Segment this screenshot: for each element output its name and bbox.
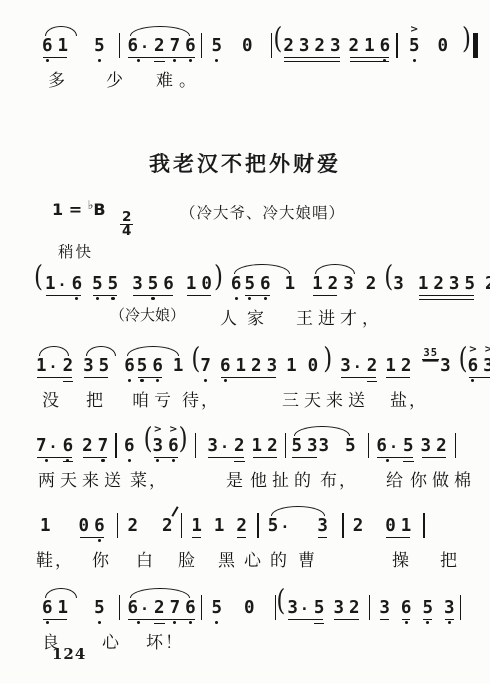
lyric-syllable: 鞋， <box>36 546 74 571</box>
note-digit: 3 <box>317 517 328 536</box>
note-digit: 2 <box>314 37 325 56</box>
note-cell: 3 <box>343 262 354 303</box>
digit-row: 1 <box>312 275 323 294</box>
note-cell: 2 <box>314 24 325 65</box>
lyric-syllable: 王进才， <box>296 304 384 329</box>
note-digit: 3 <box>340 357 351 376</box>
low-octave-dot <box>137 59 140 62</box>
lyric-syllable: 待， <box>182 386 220 411</box>
note-digit: 2 <box>353 517 364 536</box>
note-cell: 3 <box>449 262 460 303</box>
digit-row: 2 <box>63 357 74 376</box>
note-digit: 1 <box>191 517 202 536</box>
note-cell: 6 <box>152 344 163 385</box>
note-cell: 5· <box>268 504 290 545</box>
low-octave-dot <box>204 379 207 382</box>
digit-row: 0 <box>201 275 212 294</box>
beam-group: 32 <box>333 586 359 627</box>
digit-row: 7 <box>200 357 211 376</box>
note-cell: 2 <box>82 424 93 465</box>
low-octave-dot <box>98 59 101 62</box>
digit-row: 1 <box>252 437 263 456</box>
note-cell: 3 <box>299 24 310 65</box>
lyric-syllable: 难。 <box>156 66 202 91</box>
note-cell: 1 <box>191 504 202 545</box>
augmentation-dot: · <box>353 359 362 376</box>
digit-row: 5 <box>211 599 222 618</box>
note-digit: 6 <box>124 437 135 456</box>
digit-row: 3 <box>421 437 432 456</box>
note-cell: 5 <box>314 586 325 627</box>
lyric-syllable: 给 <box>386 466 409 491</box>
digit-row: 1 <box>235 357 246 376</box>
note-digit: 5 <box>345 437 356 456</box>
note-cell: 6 <box>185 24 196 65</box>
note-digit: 3 <box>299 37 310 56</box>
note-cell: 0 <box>438 24 449 65</box>
note-digit: 2 <box>485 275 490 294</box>
lyric-syllable: 曹 <box>298 546 321 571</box>
below-area <box>137 618 140 627</box>
meter-denominator: 4 <box>122 225 131 238</box>
digit-row: 3 <box>307 437 318 456</box>
digit-row: 1 <box>214 517 225 536</box>
digit-row: 6 <box>231 275 242 294</box>
note-cell: 3 <box>330 24 341 65</box>
note-cell: 6 <box>401 586 412 627</box>
below-area <box>128 456 131 465</box>
lyric-syllable: （冷大娘） <box>110 304 185 325</box>
note-cell: 5 <box>403 424 414 465</box>
below-area <box>189 618 192 627</box>
digit-row: 3 <box>330 37 341 56</box>
note-digit: 2 <box>82 437 93 456</box>
note-digit: 1 <box>36 357 47 376</box>
barline <box>396 33 398 58</box>
beam-group: 56 <box>244 262 270 303</box>
note-cell: 2 <box>162 504 173 545</box>
note-cell: 2 <box>283 24 294 65</box>
beam-group: 5 <box>422 586 433 627</box>
lyric-syllable: 你做棉 <box>410 466 476 491</box>
note-cell: 0 <box>201 262 212 303</box>
note-digit: 1 <box>401 517 412 536</box>
digit-row: 1 <box>385 357 396 376</box>
note-digit: 2 <box>234 437 245 456</box>
lyric-syllable: 黑 <box>218 546 241 571</box>
beam-group: 61 <box>42 24 68 65</box>
barline <box>285 433 287 458</box>
note-cell: 0 <box>79 504 90 545</box>
digit-row: 7 <box>170 37 181 56</box>
beam-group: 2323 <box>283 24 340 65</box>
note-digit: 0 <box>385 517 396 536</box>
digit-row: 2 <box>82 437 93 456</box>
barline <box>119 595 121 620</box>
digit-row: 1· <box>36 357 58 376</box>
digit-row: 5 <box>211 37 222 56</box>
beam-group: 6 <box>401 586 412 627</box>
note-digit: 1 <box>40 517 51 536</box>
note-cell: 5 <box>94 586 105 627</box>
digit-row: 2 <box>367 357 378 376</box>
note-digit: 7 <box>98 437 109 456</box>
low-octave-dot <box>248 297 251 300</box>
note-cell: 6 <box>220 344 231 385</box>
notation-row: 106221125·3201 <box>36 504 484 545</box>
note-digit: 3 <box>267 357 278 376</box>
sixteenth-beam <box>234 461 245 462</box>
digit-row: 6· <box>127 37 149 56</box>
digit-row: 1 <box>173 357 184 376</box>
below-area <box>413 56 416 65</box>
lyric-syllable: 三天来送 <box>282 386 370 411</box>
lyrics-row: （冷大娘）人家王进才， <box>34 304 484 330</box>
note-cell: 3 <box>317 504 328 545</box>
below-area <box>137 56 140 65</box>
beam-group: 1 <box>191 504 202 545</box>
note-digit: 3 <box>379 599 390 618</box>
low-octave-dot <box>224 379 227 382</box>
augmentation-dot: · <box>220 439 229 456</box>
augmentation-dot: · <box>49 439 58 456</box>
beam-group: 61 <box>42 586 68 627</box>
below-area <box>45 456 48 465</box>
below-area <box>140 376 143 385</box>
barline <box>423 513 425 538</box>
digit-row: 3 <box>333 599 344 618</box>
below-area <box>98 56 101 65</box>
lyrics-row: 鞋，你白脸黑心的曹操把 <box>36 546 484 572</box>
augmentation-dot: · <box>140 39 149 56</box>
slur-arc <box>86 346 116 356</box>
note-digit: 6 <box>152 357 163 376</box>
below-area <box>101 456 104 465</box>
beam-group: 356 <box>132 262 174 303</box>
note-cell: 2 <box>485 262 490 303</box>
key-letter: B <box>93 200 105 219</box>
augmentation-dot: · <box>389 439 398 456</box>
note-digit: 3 <box>319 437 330 456</box>
note-digit: 3 <box>153 437 164 456</box>
note-cell: 1 <box>252 424 263 465</box>
note-cell: 1 <box>40 504 51 545</box>
parenthesis: ) <box>323 339 332 388</box>
below-area <box>128 376 131 385</box>
note-cell: 5 <box>92 262 103 303</box>
low-octave-dot <box>128 459 131 462</box>
beam-group: 12 <box>252 424 278 465</box>
digit-row: 3 <box>132 275 143 294</box>
beam-group: 53 <box>291 424 317 465</box>
note-digit: 1 <box>235 357 246 376</box>
note-cell: >6 <box>168 424 179 465</box>
beam-group: 6123 <box>220 344 277 385</box>
below-area <box>111 294 114 303</box>
digit-row: 1 <box>285 275 296 294</box>
note-digit: 3 <box>207 437 218 456</box>
note-digit: 3 <box>83 357 94 376</box>
digit-row: 1 <box>58 599 69 618</box>
digit-row: 6· <box>127 599 149 618</box>
barline <box>342 513 344 538</box>
note-cell: 5 <box>211 24 222 65</box>
digit-row: 0 <box>308 357 319 376</box>
below-area <box>215 56 218 65</box>
below-area <box>156 456 159 465</box>
note-digit: 2 <box>433 275 444 294</box>
note-digit: 6 <box>376 437 387 456</box>
below-area <box>173 56 176 65</box>
note-digit: 2 <box>349 37 360 56</box>
beam-group: 3·2 <box>207 424 244 465</box>
sixteenth-beam <box>63 461 74 462</box>
note-digit: 2 <box>436 437 447 456</box>
digit-row: 6 <box>185 599 196 618</box>
beam-group: 6·5 <box>376 424 413 465</box>
note-cell: 5 <box>94 24 105 65</box>
digit-row: 7 <box>170 599 181 618</box>
low-octave-dot <box>235 297 238 300</box>
below-area <box>471 376 474 385</box>
digit-row: 2 <box>154 599 165 618</box>
note-cell: 6 <box>380 24 391 65</box>
lyric-syllable: 咱亏 <box>132 386 176 411</box>
note-cell: 0 <box>385 504 396 545</box>
note-digit: 6 <box>127 37 138 56</box>
digit-row: 5 <box>422 599 433 618</box>
digit-row: 3 <box>444 599 455 618</box>
note-digit: 2 <box>367 357 378 376</box>
note-cell: 2 <box>234 424 245 465</box>
digit-row: 2 <box>436 437 447 456</box>
note-digit: 2 <box>349 599 360 618</box>
note-digit: 1 <box>286 357 297 376</box>
digit-row: 0 <box>385 517 396 536</box>
note-digit: 2 <box>401 357 412 376</box>
note-digit: 1 <box>312 275 323 294</box>
slur-arc <box>45 588 77 598</box>
note-digit: 5 <box>291 437 302 456</box>
below-area <box>426 618 429 627</box>
note-digit: 2 <box>251 357 262 376</box>
below-area <box>386 456 389 465</box>
below-area <box>46 618 49 627</box>
lyric-syllable: 的 <box>270 546 293 571</box>
digit-row: 2 <box>267 437 278 456</box>
note-digit: 1 <box>385 357 396 376</box>
note-cell: 6 <box>124 344 135 385</box>
digit-row: 5 <box>409 37 420 56</box>
digit-row: 2 <box>349 599 360 618</box>
below-area <box>151 294 154 303</box>
below-area <box>235 294 238 303</box>
note-digit: 1 <box>252 437 263 456</box>
note-digit: 3 <box>330 37 341 56</box>
key-signature: 1 = ♭B <box>52 200 106 219</box>
note-digit: 0 <box>438 37 449 56</box>
digit-row: 3 <box>379 599 390 618</box>
note-cell: 1 <box>286 344 297 385</box>
digit-row: 2 <box>314 37 325 56</box>
song-title: 我老汉不把外财爱 <box>0 148 490 178</box>
note-digit: 2 <box>162 517 173 536</box>
below-area <box>215 618 218 627</box>
music-system-3: 7·6276(>3>6)3·21253356·532 两天来送菜，是他扯的布，给… <box>36 424 484 498</box>
note-digit: 7 <box>200 357 211 376</box>
digit-row: 6 <box>42 37 53 56</box>
singers-label: （冷大爷、冷大娘唱） <box>180 201 345 223</box>
low-octave-dot <box>45 459 48 462</box>
page-number: 124 <box>52 645 86 663</box>
parenthesis: ) <box>462 19 471 68</box>
note-digit: 3 <box>287 599 298 618</box>
digit-row: 3 <box>83 357 94 376</box>
notation-row: 6156·27650(3·5323653 <box>42 586 484 627</box>
note-digit: 2 <box>154 599 165 618</box>
low-octave-dot <box>189 59 192 62</box>
note-digit: 3 <box>449 275 460 294</box>
note-cell: 3· <box>207 424 229 465</box>
beam-group: 56 <box>137 344 163 385</box>
digit-row: 0 <box>438 37 449 56</box>
note-digit: 3 <box>307 437 318 456</box>
barline <box>455 433 457 458</box>
note-digit: 3 <box>132 275 143 294</box>
note-cell: 5 <box>108 262 119 303</box>
digit-row: 5· <box>268 517 290 536</box>
barline <box>195 433 197 458</box>
beam-group: 12 <box>385 344 411 385</box>
note-cell: 2 <box>401 344 412 385</box>
time-signature: 2 4 <box>120 211 133 238</box>
low-octave-dot <box>137 621 140 624</box>
digit-row: 2 <box>127 517 138 536</box>
grace-notes: 35 <box>422 344 439 360</box>
digit-row: 2 <box>328 275 339 294</box>
note-digit: 6 <box>185 599 196 618</box>
digit-row: 6 <box>94 517 105 536</box>
low-octave-dot <box>96 297 99 300</box>
below-area <box>98 536 101 545</box>
note-digit: 6 <box>380 37 391 56</box>
note-cell: 2 <box>433 262 444 303</box>
below-area <box>224 376 227 385</box>
note-digit: 6 <box>42 37 53 56</box>
note-digit: 1 <box>173 357 184 376</box>
note-digit: 3 <box>421 437 432 456</box>
lyric-syllable: 没 <box>42 386 65 411</box>
note-cell: 5 <box>244 262 255 303</box>
digit-row: 7 <box>98 437 109 456</box>
note-cell: 5 <box>464 262 475 303</box>
low-octave-dot <box>448 621 451 624</box>
lyric-syllable: 他扯的 <box>250 466 316 491</box>
lyrics-row: 没把咱亏待，三天来送盐， <box>36 386 484 412</box>
lyric-syllable: 把 <box>86 386 109 411</box>
digit-row: 5 <box>99 357 110 376</box>
digit-row: 6 <box>380 37 391 56</box>
digit-row: 6 <box>468 357 479 376</box>
note-cell: 2 <box>349 24 360 65</box>
note-digit: 2 <box>127 517 138 536</box>
lyric-syllable: 少 <box>106 66 129 91</box>
digit-row: 5 <box>137 357 148 376</box>
note-digit: 2 <box>154 37 165 56</box>
note-digit: 0 <box>79 517 90 536</box>
note-cell: 2 <box>349 586 360 627</box>
note-digit: 5 <box>403 437 414 456</box>
note-cell: >5 <box>409 24 420 65</box>
digit-row: 6 <box>152 357 163 376</box>
below-area <box>448 618 451 627</box>
below-area <box>172 456 175 465</box>
low-octave-dot <box>426 621 429 624</box>
notation-row: (1·65535610)65611232(3123520) <box>34 262 484 303</box>
low-octave-dot <box>172 459 175 462</box>
barline <box>201 33 203 58</box>
note-cell: 3 <box>444 586 455 627</box>
lyric-syllable: 操 <box>392 546 415 571</box>
digit-row: 1 <box>58 37 69 56</box>
note-digit: 1 <box>45 275 56 294</box>
lyrics-row: 良心坏！ <box>42 628 484 654</box>
low-octave-dot <box>173 59 176 62</box>
low-octave-dot <box>98 539 101 542</box>
digit-row: 5 <box>94 599 105 618</box>
low-octave-dot <box>46 59 49 62</box>
note-cell: 1 <box>364 24 375 65</box>
digit-row: 2 <box>234 437 245 456</box>
note-digit: 5 <box>314 599 325 618</box>
beam-group: 32 <box>421 424 447 465</box>
digit-row: 5 <box>148 275 159 294</box>
low-octave-dot <box>75 297 78 300</box>
below-area <box>156 376 159 385</box>
sixteenth-beam <box>154 623 165 624</box>
digit-row: 7· <box>36 437 58 456</box>
lyric-syllable: 是 <box>226 466 249 491</box>
low-octave-dot <box>413 59 416 62</box>
note-digit: 2 <box>63 357 74 376</box>
digit-row: 6 <box>220 357 231 376</box>
note-digit: 3 <box>333 599 344 618</box>
note-digit: 1 <box>285 275 296 294</box>
barline <box>117 513 119 538</box>
note-digit: 5 <box>211 37 222 56</box>
note-digit: 6 <box>231 275 242 294</box>
note-digit: 2 <box>236 517 247 536</box>
key-signature-line: 1 = ♭B 2 4 （冷大爷、冷大娘唱） <box>52 198 480 228</box>
music-system-5: 6156·27650(3·5323653 良心坏！ <box>42 586 484 660</box>
note-cell: 0 <box>244 586 255 627</box>
note-cell: 1 <box>186 262 197 303</box>
digit-row: 6 <box>185 37 196 56</box>
low-octave-dot <box>140 379 143 382</box>
low-octave-dot <box>98 621 101 624</box>
digit-row: 3 <box>299 37 310 56</box>
lyric-syllable: 人家 <box>220 304 274 329</box>
low-octave-dot <box>215 59 218 62</box>
beam-group: 216 <box>349 24 391 65</box>
below-area <box>173 618 176 627</box>
note-cell: 6 <box>260 262 271 303</box>
note-digit: 6 <box>63 437 74 456</box>
lyric-syllable: 白 <box>136 546 159 571</box>
note-digit: 5 <box>94 599 105 618</box>
lyric-syllable: 脸 <box>178 546 201 571</box>
note-cell: 1 <box>235 344 246 385</box>
